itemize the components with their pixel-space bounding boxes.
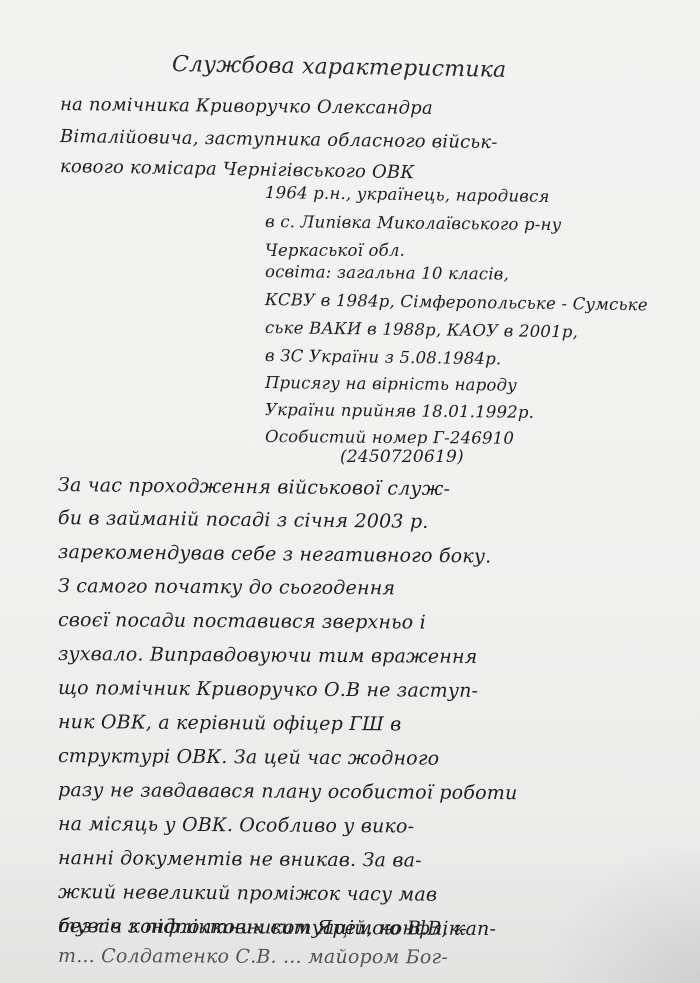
education-line-5: Присягу на вірність народу — [265, 373, 517, 395]
body-line-2: би в займаній посаді з січня 2003 р. — [58, 507, 429, 533]
education-line-2: КСВУ в 1984р, Сімферопольське - Сумське — [265, 290, 648, 314]
body-line-5: своєї посади поставився зверхньо і — [58, 609, 426, 634]
header-line-2: Віталійовича, заступника обласного війсь… — [60, 126, 498, 153]
body-line-7: що помічник Криворучко О.В не заступ- — [58, 677, 478, 702]
header-line-3: кового комісара Чернігівського ОВК — [60, 156, 415, 183]
body-line-11: на місяць у ОВК. Особливо у вико- — [58, 813, 414, 837]
scanned-document-page: Службова характеристика на помічника Кри… — [0, 0, 700, 983]
body-line-16-cut-off: т... Солдатенко С.В. ... майором Бог- — [58, 945, 448, 968]
page-shadow — [540, 843, 700, 983]
tax-id-line: (2450720619) — [340, 447, 464, 467]
body-line-9: структурі ОВК. За цей час жодного — [58, 745, 439, 770]
body-line-4: З самого початку до сьогодення — [58, 575, 395, 599]
bio-line-3: Черкаської обл. — [265, 241, 405, 260]
body-line-6: зухвало. Виправдовуючи тим враження — [58, 643, 478, 668]
bio-line-1: 1964 р.н., українець, народився — [265, 183, 550, 206]
body-line-12: нанні документів не вникав. За ва- — [58, 847, 422, 872]
education-line-4: в ЗС України з 5.08.1984р. — [265, 346, 502, 368]
body-line-3: зарекомендував себе з негативного боку. — [58, 541, 492, 568]
body-line-15: тував з підполковником Яремою В.В, кап- — [58, 915, 496, 940]
body-line-10: разу не завдавався плану особистої робот… — [58, 779, 518, 804]
document-title: Службова характеристика — [172, 52, 507, 83]
header-line-1: на помічника Криворучко Олександра — [60, 94, 433, 119]
personal-number-line: Особистий номер Г-246910 — [265, 427, 514, 448]
bio-line-2: в с. Липівка Миколаївського р-ну — [265, 212, 562, 234]
body-line-13: жкий невеликий проміжок часу мав — [58, 881, 437, 906]
education-line-6: України прийняв 18.01.1992р. — [265, 400, 534, 422]
body-line-1: За час проходження військової служ- — [58, 474, 450, 500]
education-line-3: ське ВАКИ в 1988р, КАОУ в 2001р, — [265, 318, 578, 341]
body-line-8: ник ОВК, а керівний офіцер ГШ в — [58, 711, 402, 735]
education-line-1: освіта: загальна 10 класів, — [265, 262, 509, 284]
